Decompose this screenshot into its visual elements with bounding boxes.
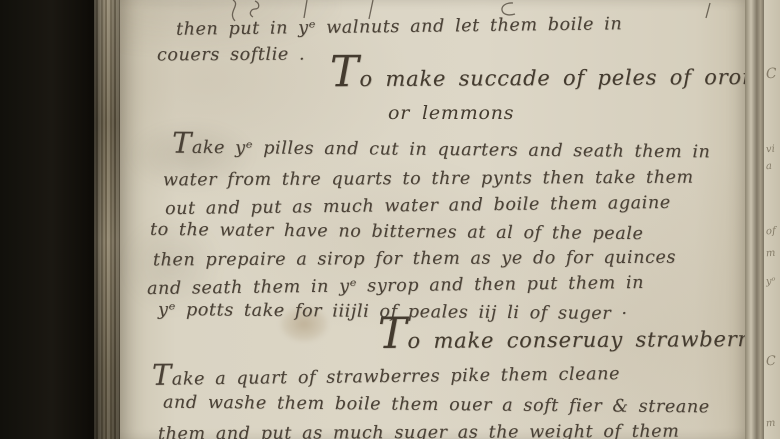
facing-page-ink-mark: m [766,418,776,430]
manuscript-line: water from thre quarts to thre pynts the… [163,168,694,191]
manuscript-line: then prepaire a sirop for them as ye do … [153,248,676,271]
manuscript-line: then put in yᵉ walnuts and let them boil… [176,14,623,39]
facing-page-ink-mark: a [766,161,773,172]
facing-page-ink-mark: C [765,66,777,83]
book-fore-edge [94,0,120,439]
facing-page-ink-mark: yᵒ [766,276,776,288]
facing-page-ink-mark: C [765,354,776,370]
manuscript-line: and seath them in yᵉ syrop and then put … [147,273,644,299]
recipe-heading-strawberry: To make conseruay strawberrs [378,327,760,353]
facing-page-sliver: C vi a of m yᵒ C m [764,0,780,439]
facing-page-ink-mark: m [766,248,776,260]
black-backdrop [0,0,94,439]
facing-page-ink-mark: of [766,226,776,238]
manuscript-line: Take a quart of strawberres pike them cl… [152,364,620,390]
recipe-heading-succade: To make succade of peles of oronyes [330,65,780,91]
manuscript-line: out and put as much water and boile them… [165,193,671,219]
manuscript-line: them and put as much suger as the weight… [158,422,680,439]
manuscript-line: and washe them boile them ouer a soft fi… [163,393,710,418]
manuscript-page: then put in yᵉ walnuts and let them boil… [120,0,745,439]
manuscript-line: to the water have no bitternes at al of … [150,220,644,244]
recipe-heading-succade-line2: or lemmons [388,102,514,124]
gutter-fold-shadow [745,0,764,439]
facing-page-ink-mark: vi [766,144,776,156]
manuscript-photo: then put in yᵉ walnuts and let them boil… [0,0,780,439]
manuscript-line: couers softlie . [157,45,305,66]
